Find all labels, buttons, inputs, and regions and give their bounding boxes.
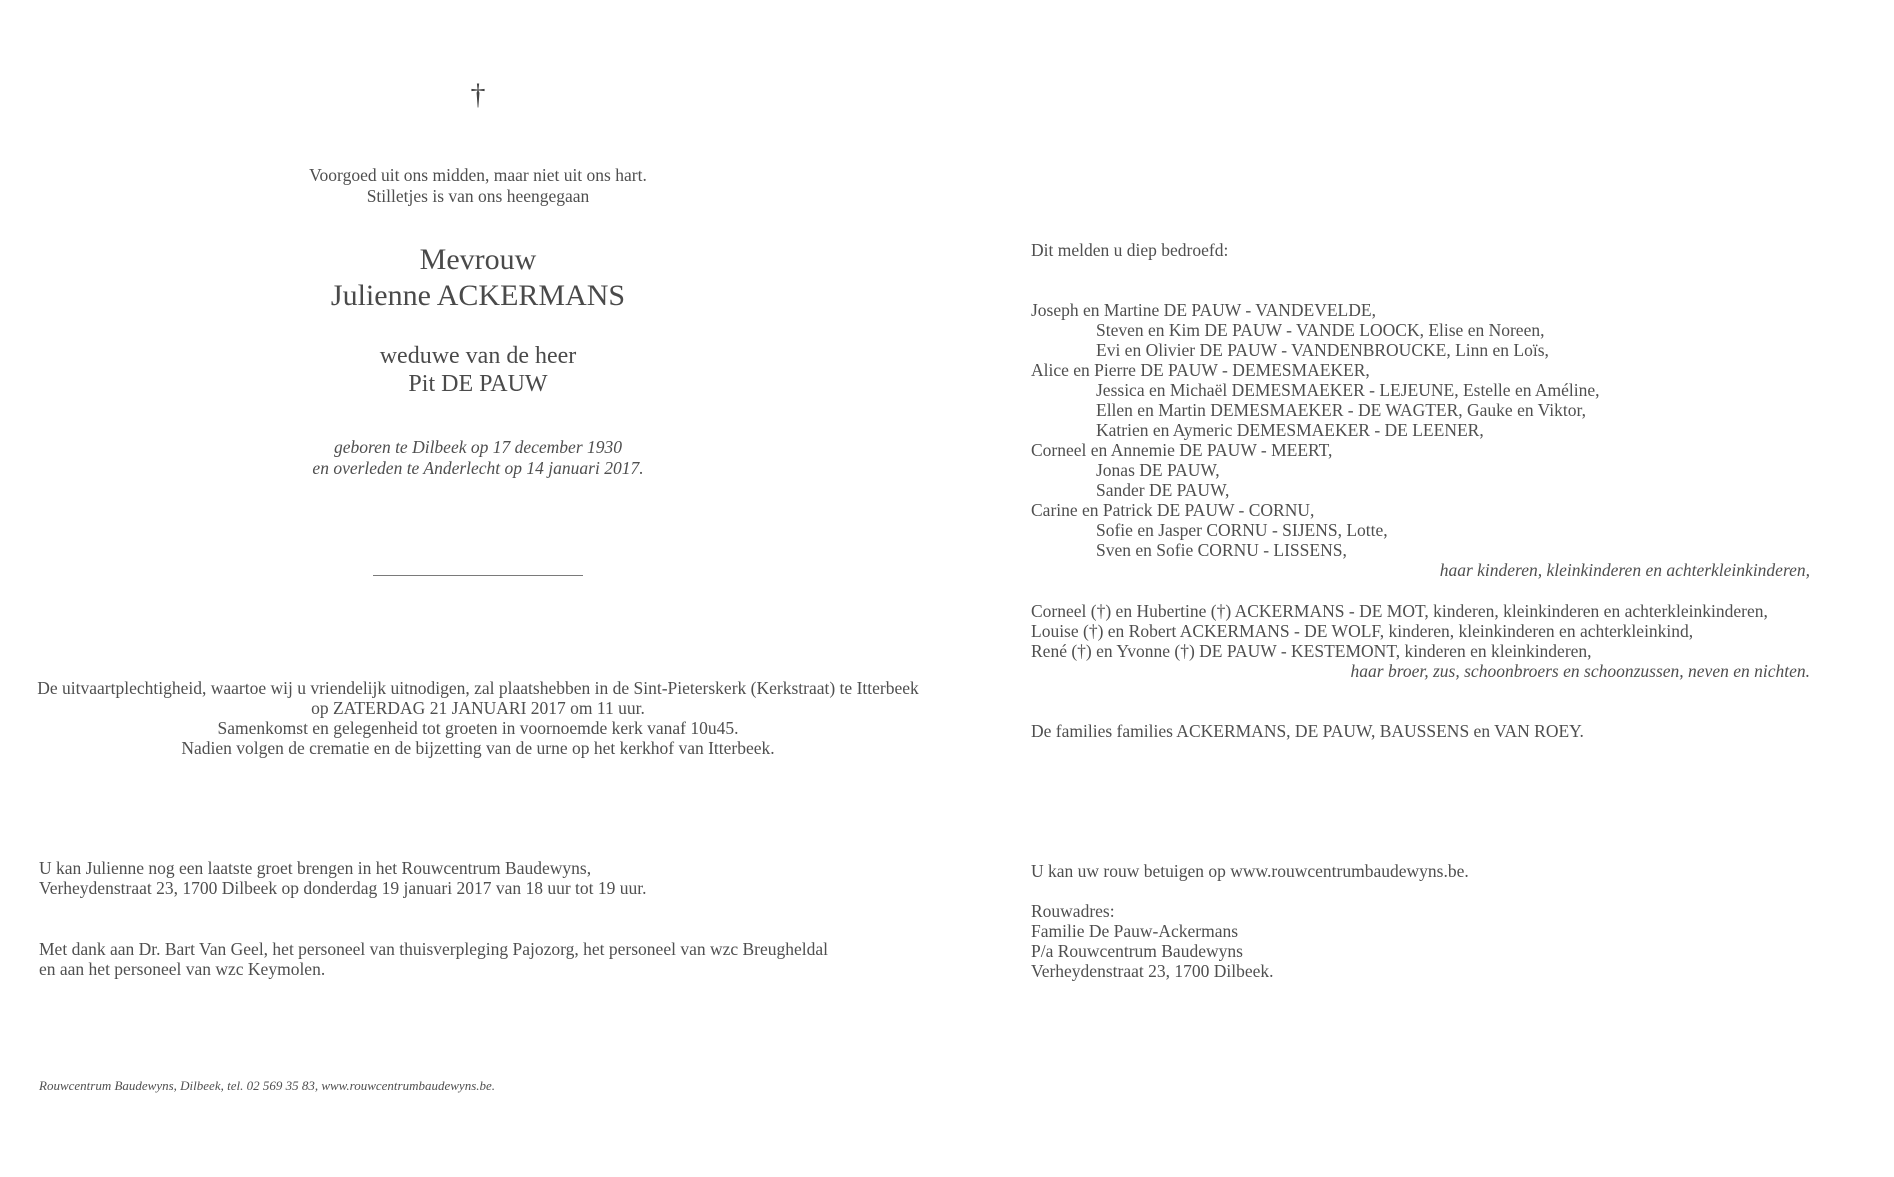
funeral-line: Samenkomst en gelegenheid tot groeten in…: [37, 718, 919, 738]
child-entry: Corneel en Annemie DE PAUW - MEERT,: [1031, 440, 1332, 460]
spouse-label: weduwe van de heer: [380, 342, 577, 370]
grandchild-entry: Evi en Olivier DE PAUW - VANDENBROUCKE, …: [1096, 340, 1549, 360]
funeral-line: De uitvaartplechtigheid, waartoe wij u v…: [37, 678, 919, 698]
death-line: en overleden te Anderlecht op 14 januari…: [312, 458, 643, 479]
cross-icon: †: [471, 78, 486, 112]
motto-line: Stilletjes is van ons heengegaan: [309, 186, 647, 207]
visitation-line: U kan Julienne nog een laatste groet bre…: [39, 858, 647, 878]
sibling-line: Corneel (†) en Hubertine (†) ACKERMANS -…: [1031, 601, 1768, 621]
address-line: Verheydenstraat 23, 1700 Dilbeek.: [1031, 961, 1274, 981]
funeral-line: op ZATERDAG 21 JANUARI 2017 om 11 uur.: [37, 698, 919, 718]
child-entry: Joseph en Martine DE PAUW - VANDEVELDE,: [1031, 300, 1376, 320]
deceased-name: Mevrouw Julienne ACKERMANS: [331, 242, 625, 314]
grandchild-entry: Jessica en Michaël DEMESMAEKER - LEJEUNE…: [1096, 380, 1600, 400]
grandchild-entry: Jonas DE PAUW,: [1096, 460, 1220, 480]
spouse-info: weduwe van de heer Pit DE PAUW: [380, 342, 577, 398]
child-entry: Alice en Pierre DE PAUW - DEMESMAEKER,: [1031, 360, 1370, 380]
grandchild-entry: Katrien en Aymeric DEMESMAEKER - DE LEEN…: [1096, 420, 1484, 440]
condolence-website: U kan uw rouw betuigen op www.rouwcentru…: [1031, 861, 1469, 881]
funeral-info: De uitvaartplechtigheid, waartoe wij u v…: [37, 678, 919, 758]
grandchild-entry: Sven en Sofie CORNU - LISSENS,: [1096, 540, 1347, 560]
grandchild-entry: Sofie en Jasper CORNU - SIJENS, Lotte,: [1096, 520, 1388, 540]
visitation-info: U kan Julienne nog een laatste groet bre…: [39, 858, 647, 898]
grandchild-entry: Ellen en Martin DEMESMAEKER - DE WAGTER,…: [1096, 400, 1586, 420]
thanks-line: Met dank aan Dr. Bart Van Geel, het pers…: [39, 939, 828, 959]
thanks-line: en aan het personeel van wzc Keymolen.: [39, 959, 828, 979]
children-caption: haar kinderen, kleinkinderen en achterkl…: [1440, 560, 1810, 580]
child-entry: Carine en Patrick DE PAUW - CORNU,: [1031, 500, 1314, 520]
announcement-intro: Dit melden u diep bedroefd:: [1031, 240, 1228, 260]
funeral-line: Nadien volgen de crematie en de bijzetti…: [37, 738, 919, 758]
acknowledgements: Met dank aan Dr. Bart Van Geel, het pers…: [39, 939, 828, 979]
address-line: Familie De Pauw-Ackermans: [1031, 921, 1238, 941]
life-dates: geboren te Dilbeek op 17 december 1930 e…: [312, 437, 643, 479]
sibling-line: René (†) en Yvonne (†) DE PAUW - KESTEMO…: [1031, 641, 1592, 661]
honorific: Mevrouw: [331, 242, 625, 278]
sibling-line: Louise (†) en Robert ACKERMANS - DE WOLF…: [1031, 621, 1693, 641]
separator-line: [373, 575, 583, 576]
spouse-name: Pit DE PAUW: [380, 370, 577, 398]
motto: Voorgoed uit ons midden, maar niet uit o…: [309, 165, 647, 206]
full-name: Julienne ACKERMANS: [331, 278, 625, 314]
grandchild-entry: Steven en Kim DE PAUW - VANDE LOOCK, Eli…: [1096, 320, 1544, 340]
address-label: Rouwadres:: [1031, 901, 1115, 921]
visitation-line: Verheydenstraat 23, 1700 Dilbeek op dond…: [39, 878, 647, 898]
address-line: P/a Rouwcentrum Baudewyns: [1031, 941, 1243, 961]
funeral-home-footer: Rouwcentrum Baudewyns, Dilbeek, tel. 02 …: [39, 1078, 495, 1094]
motto-line: Voorgoed uit ons midden, maar niet uit o…: [309, 165, 647, 186]
birth-line: geboren te Dilbeek op 17 december 1930: [312, 437, 643, 458]
siblings-caption: haar broer, zus, schoonbroers en schoonz…: [1351, 661, 1810, 681]
grandchild-entry: Sander DE PAUW,: [1096, 480, 1229, 500]
families-line: De families families ACKERMANS, DE PAUW,…: [1031, 721, 1584, 741]
